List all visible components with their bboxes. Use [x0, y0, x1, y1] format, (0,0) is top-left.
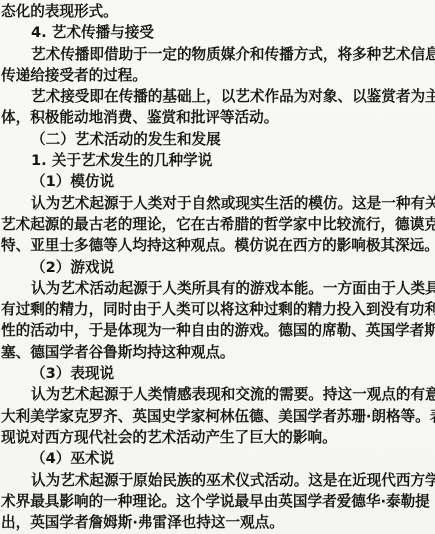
text-line: 塞、德国学者谷鲁斯均持这种观点。: [1, 342, 434, 363]
scanned-document-page: 态化的表现形式。4. 艺术传播与接受艺术传播即借助于一定的物质媒介和传播方式，将…: [0, 0, 435, 534]
text-line: 认为艺术起源于原始民族的巫术仪式活动。这是在近现代西方学: [1, 470, 434, 491]
text-line: （1）模仿说: [1, 171, 434, 192]
text-line: 认为艺术起源于人类对于自然或现实生活的模仿。这是一种有关: [1, 193, 434, 214]
text-line: 出，英国学者詹姆斯·弗雷泽也持这一观点。: [1, 512, 434, 533]
text-line: 大利美学家克罗齐、英国史学家柯林伍德、美国学者苏珊·朗格等。表: [1, 406, 434, 427]
text-line: 1. 关于艺术发生的几种学说: [1, 150, 434, 171]
text-line: 现说对西方现代社会的艺术活动产生了巨大的影响。: [1, 427, 434, 448]
text-line: 术界最具影响的一种理论。这个学说最早由英国学者爱德华·泰勒提: [1, 491, 434, 512]
text-line: 艺术起源的最古老的理论，它在古希腊的哲学家中比较流行，德谟克利: [1, 214, 434, 235]
text-line: 认为艺术起源于人类情感表现和交流的需要。持这一观点的有意: [1, 384, 434, 405]
text-line: 艺术接受即在传播的基础上，以艺术作品为对象、以鉴赏者为主: [1, 86, 434, 107]
text-line: （3）表现说: [1, 363, 434, 384]
text-line: （4）巫术说: [1, 448, 434, 469]
text-line: （二）艺术活动的发生和发展: [1, 129, 434, 150]
text-line: 有过剩的精力，同时由于人类可以将这种过剩的精力投入到没有功利: [1, 299, 434, 320]
text-line: 特、亚里士多德等人均持这种观点。模仿说在西方的影响极其深远。: [1, 235, 434, 256]
text-line: 态化的表现形式。: [1, 1, 434, 22]
page-text: 态化的表现形式。4. 艺术传播与接受艺术传播即借助于一定的物质媒介和传播方式，将…: [1, 1, 434, 533]
text-line: 性的活动中，于是体现为一种自由的游戏。德国的席勒、英国学者斯宾: [1, 320, 434, 341]
text-line: 体，积极能动地消费、鉴赏和批评等活动。: [1, 107, 434, 128]
text-line: （2）游戏说: [1, 257, 434, 278]
text-line: 4. 艺术传播与接受: [1, 22, 434, 43]
text-line: 传递给接受者的过程。: [1, 65, 434, 86]
text-line: 认为艺术活动起源于人类所具有的游戏本能。一方面由于人类具: [1, 278, 434, 299]
text-line: 艺术传播即借助于一定的物质媒介和传播方式，将多种艺术信息: [1, 44, 434, 65]
